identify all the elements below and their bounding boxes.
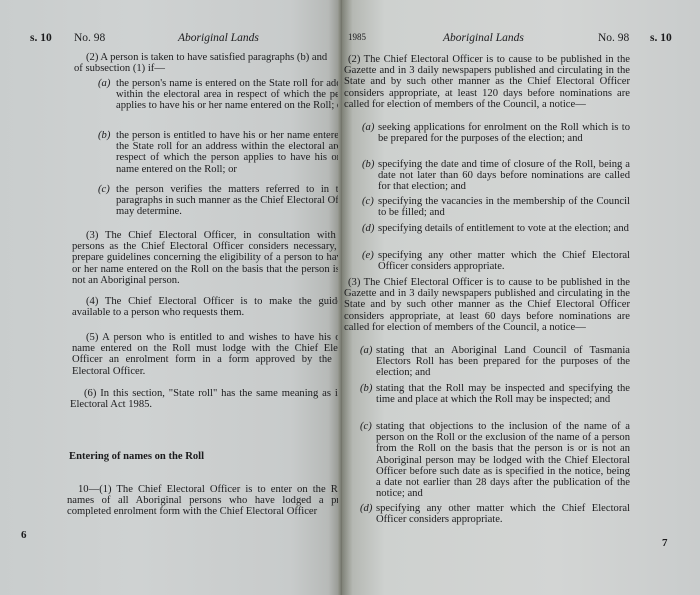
right-running-title: Aboriginal Lands <box>443 32 524 44</box>
right-subsection-3: (3) The Chief Electoral Officer is to ca… <box>344 277 630 333</box>
right-s3-item-b: (b) stating that the Roll may be inspect… <box>360 383 630 405</box>
left-subsection-6: (6) In this section, "State roll" has th… <box>70 388 342 410</box>
right-margin-mark: 1985 <box>348 32 366 42</box>
right-s2-item-e: (e) specifying any other matter which th… <box>362 250 630 272</box>
right-section-mark: s. 10 <box>650 32 672 44</box>
left-subsection-2-intro: (2) A person is taken to have satisfied … <box>86 52 342 63</box>
right-page: 1985 Aboriginal Lands No. 98 s. 10 (2) T… <box>342 0 700 595</box>
left-item-c: (c) the person verifies the matters refe… <box>98 184 342 218</box>
left-running-title: Aboriginal Lands <box>178 32 259 44</box>
left-subsection-5: (5) A person who is entitled to and wish… <box>72 332 342 377</box>
right-act-number: No. 98 <box>598 32 629 44</box>
left-item-a: (a) the person's name is entered on the … <box>98 78 342 112</box>
right-subsection-2: (2) The Chief Electoral Officer is to ca… <box>344 54 630 110</box>
left-subsection-4: (4) The Chief Electoral Officer is to ma… <box>72 296 342 318</box>
left-section-mark: s. 10 <box>30 32 52 44</box>
left-page: s. 10 No. 98 Aboriginal Lands (2) A pers… <box>0 0 342 595</box>
right-s2-item-d: (d) specifying details of entitlement to… <box>362 223 630 234</box>
section-heading: Entering of names on the Roll <box>69 451 204 462</box>
left-subsection-2-intro-cont: of subsection (1) if— <box>74 63 342 74</box>
right-s3-item-c: (c) stating that objections to the inclu… <box>360 421 630 499</box>
left-subsection-3: (3) The Chief Electoral Officer, in cons… <box>72 230 342 286</box>
right-s3-item-a: (a) stating that an Aboriginal Land Coun… <box>360 345 630 379</box>
right-s2-item-b: (b) specifying the date and time of clos… <box>362 159 630 193</box>
left-item-b: (b) the person is entitled to have his o… <box>98 130 342 175</box>
right-s2-item-a: (a) seeking applications for enrolment o… <box>362 122 630 144</box>
book-spread: s. 10 No. 98 Aboriginal Lands (2) A pers… <box>0 0 700 595</box>
right-s2-item-c: (c) specifying the vacancies in the memb… <box>362 196 630 218</box>
right-s3-item-d: (d) specifying any other matter which th… <box>360 503 630 525</box>
left-section-10-1: 10—(1) The Chief Electoral Officer is to… <box>67 484 342 518</box>
left-act-number: No. 98 <box>74 32 105 44</box>
left-page-number: 6 <box>21 529 27 541</box>
right-page-number: 7 <box>662 537 668 549</box>
